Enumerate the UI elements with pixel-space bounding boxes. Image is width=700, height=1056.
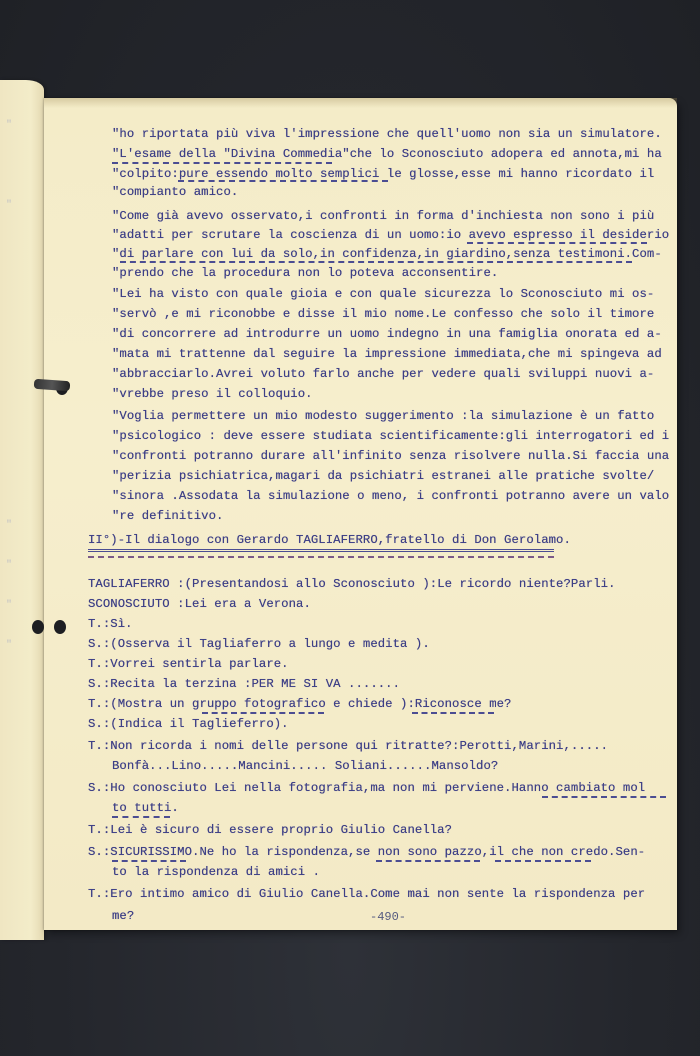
punch-hole-icon [32,620,44,634]
dialogue-text: Recita la terzina :PER ME SI VA ....... [110,677,400,691]
text-line: "confronti potranno durare all'infinito … [112,448,669,464]
underline-rule [178,180,388,182]
underline-rule [376,860,480,862]
speaker-label: T.: [88,697,110,711]
dialogue-line: T.:Ero intimo amico di Giulio Canella.Co… [88,886,645,902]
dialogue-line: T.:Lei è sicuro di essere proprio Giulio… [88,822,452,838]
underline-rule [202,712,324,714]
dialogue-text: (Mostra un gruppo fotografico e chiede )… [110,697,511,711]
text-line: "compianto amico. [112,184,238,200]
dialogue-line: S.:(Indica il Taglieferro). [88,716,289,732]
dialogue-text: (Indica il Taglieferro). [110,717,288,731]
dialogue-line: S.:Recita la terzina :PER ME SI VA .....… [88,676,400,692]
dialogue-line: T.:(Mostra un gruppo fotografico e chied… [88,696,511,712]
page-number: -490- [370,910,406,924]
left-page-edge: " " " " " " [0,80,44,940]
dialogue-text: (Presentandosi allo Sconosciuto ):Le ric… [185,577,616,591]
underline-rule [112,162,332,164]
dialogue-line: T.:Sì. [88,616,133,632]
dialogue-continuation: Bonfà...Lino.....Mancini..... Soliani...… [112,758,498,774]
speaker-label: T.: [88,887,110,901]
dialogue-line: T.:Non ricorda i nomi delle persone qui … [88,738,608,754]
text-line: "mata mi trattenne dal seguire la impres… [112,346,662,362]
punch-hole-icon [54,620,66,634]
speaker-label: S.: [88,717,110,731]
underline-rule [542,796,666,798]
dialogue-line: SCONOSCIUTO :Lei era a Verona. [88,596,311,612]
text-line: "sinora .Assodata la simulazione o meno,… [112,488,669,504]
heading-double-underline [88,549,554,552]
text-line: "abbracciarlo.Avrei voluto farlo anche p… [112,366,654,382]
speaker-label: T.: [88,657,110,671]
speaker-label: S.: [88,637,110,651]
dialogue-text: Sì. [110,617,132,631]
dialogue-line: S.:Ho conosciuto Lei nella fotografia,ma… [88,780,645,796]
underline-rule [495,860,591,862]
text-line: "servò ,e mi riconobbe e disse il mio no… [112,306,654,322]
ghost-mark: " [6,640,12,651]
dialogue-line: S.:SICURISSIMO.Ne ho la rispondenza,se n… [88,844,645,860]
speaker-label: T.: [88,617,110,631]
text-line: "di parlare con lui da solo,in confidenz… [112,246,662,262]
dialogue-text: Lei era a Verona. [185,597,311,611]
ghost-mark: " [6,520,12,531]
speaker-label: S.: [88,845,110,859]
text-line: "prendo che la procedura non lo poteva a… [112,265,498,281]
underline-rule [467,242,647,244]
text-line: "Lei ha visto con quale gioia e con qual… [112,286,654,302]
dialogue-text: SICURISSIMO.Ne ho la rispondenza,se non … [110,845,645,859]
underline-rule [112,816,170,818]
dialogue-line: TAGLIAFERRO :(Presentandosi allo Sconosc… [88,576,616,592]
text-line: "perizia psichiatrica,magari da psichiat… [112,468,654,484]
ghost-mark: " [6,120,12,131]
text-line: "re definitivo. [112,508,223,524]
heading-dotted-underline [88,556,554,558]
dialogue-text: (Osserva il Tagliaferro a lungo e medita… [110,637,429,651]
underline-rule [412,712,494,714]
text-line: "Come già avevo osservato,i confronti in… [112,208,654,224]
page-top-shade [44,98,677,108]
text-line: "psicologico : deve essere studiata scie… [112,428,669,444]
text-line: "di concorrere ad introdurre un uomo ind… [112,326,662,342]
speaker-label: T.: [88,739,110,753]
section-heading: II°)-Il dialogo con Gerardo TAGLIAFERRO,… [88,532,571,548]
dialogue-text: Vorrei sentirla parlare. [110,657,288,671]
text-line: "vrebbe preso il colloquio. [112,386,313,402]
text-line: "Voglia permettere un mio modesto sugger… [112,408,654,424]
dialogue-text: Ero intimo amico di Giulio Canella.Come … [110,887,645,901]
dialogue-text: Ho conosciuto Lei nella fotografia,ma no… [110,781,645,795]
speaker-label: S.: [88,781,110,795]
ghost-mark: " [6,600,12,611]
dialogue-text: Non ricorda i nomi delle persone qui rit… [110,739,608,753]
dialogue-line: S.:(Osserva il Tagliaferro a lungo e med… [88,636,430,652]
underline-rule [120,261,632,263]
text-line: "adatti per scrutare la coscienza di un … [112,227,669,243]
underline-rule [112,860,186,862]
speaker-label: TAGLIAFERRO : [88,577,185,591]
dialogue-text: Lei è sicuro di essere proprio Giulio Ca… [110,823,452,837]
speaker-label: SCONOSCIUTO : [88,597,185,611]
dialogue-line: T.:Vorrei sentirla parlare. [88,656,289,672]
dialogue-continuation: me? [112,908,134,924]
dialogue-continuation: to la rispondenza di amici . [112,864,320,880]
speaker-label: T.: [88,823,110,837]
dialogue-continuation: to tutti. [112,800,179,816]
speaker-label: S.: [88,677,110,691]
text-line: "ho riportata più viva l'impressione che… [112,126,662,142]
ghost-mark: " [6,560,12,571]
text-line: "L'esame della "Divina Commedia"che lo S… [112,146,662,162]
ghost-mark: " [6,200,12,211]
